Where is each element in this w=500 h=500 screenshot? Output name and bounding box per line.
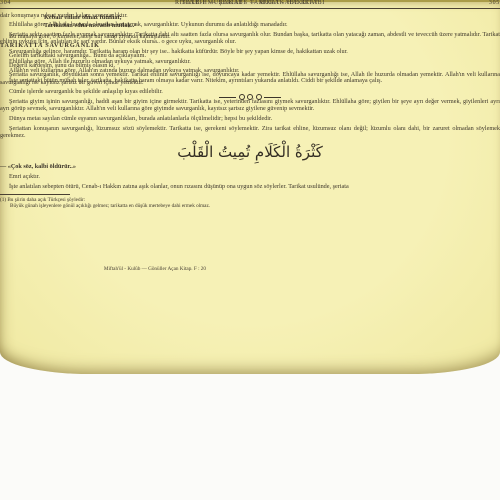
paragraph: Dünya metaı sayılan cümle eşyanın savurg… [0, 115, 500, 122]
right-running-head: TENBİH — ŞERİAT - TARİKAT - HAKİKAT 305 [0, 0, 500, 9]
book-footer-signature: Miftah'ül - Kulûb — Gönüller Açan Kitap.… [0, 266, 206, 272]
tailpiece-ornament-icon [0, 94, 500, 100]
right-page-number: 305 [472, 0, 500, 6]
paragraph: Ehlüllaha göre, Allah ile huzurda olmada… [0, 21, 500, 28]
paragraph: Allah'ın veli kullarına göre, Allah'ın z… [0, 67, 500, 74]
paragraph: Savurganlığa gelince, haramdır. Tarikatt… [0, 48, 500, 55]
right-running-title: TENBİH — ŞERİAT - TARİKAT - HAKİKAT [28, 0, 472, 6]
right-page: TENBİH — ŞERİAT - TARİKAT - HAKİKAT 305 … [0, 0, 500, 100]
paragraph: Şeriatta sekiz saatten fazla uyumak savu… [0, 31, 500, 45]
paragraph: İşte anlatılan sebepten ötürü, Cenab-ı H… [0, 183, 500, 190]
footnote: (1) Bu şiirin daha açık Türkçesi şöyledi… [0, 194, 500, 209]
ornament-dot [256, 94, 262, 100]
right-page-body: dair konuşmaya ruhsat vardır; kalanı sav… [0, 12, 500, 85]
footnote-rule [0, 194, 70, 195]
paragraph: İşte şeriattaki bütün mübah işler, tarik… [0, 77, 500, 84]
paragraph: Ehlüllaha göre, Allah ile huzurlu olmada… [0, 58, 500, 65]
paragraph: Emri açıktır. [0, 173, 500, 180]
paragraph: Şeriattan konuşanın savurganlığı, lüzums… [0, 125, 500, 139]
ornament-line-right [264, 97, 281, 98]
ornament-dot [247, 94, 253, 100]
footnote-line-2: Büyük günah işleyenlere gönül açıklığı g… [10, 203, 500, 209]
footnote-text: (1) Bu şiirin daha açık Türkçesi şöyledi… [0, 197, 500, 209]
quote: — «Çok söz, kalbi öldürür..» [0, 163, 500, 170]
scanned-book-photo: 304 RİSALE-İ MÜRAKABE — MÜRAKABE KİTABI … [0, 0, 500, 500]
arabic-calligraphy: كَثْرَةُ الْكَلَامِ تُمِيتُ الْقَلْبَ [0, 144, 500, 161]
paragraph: dair konuşmaya ruhsat vardır; kalanı sav… [0, 12, 500, 19]
ornament-line-left [219, 97, 236, 98]
ornament-dot [239, 94, 245, 100]
